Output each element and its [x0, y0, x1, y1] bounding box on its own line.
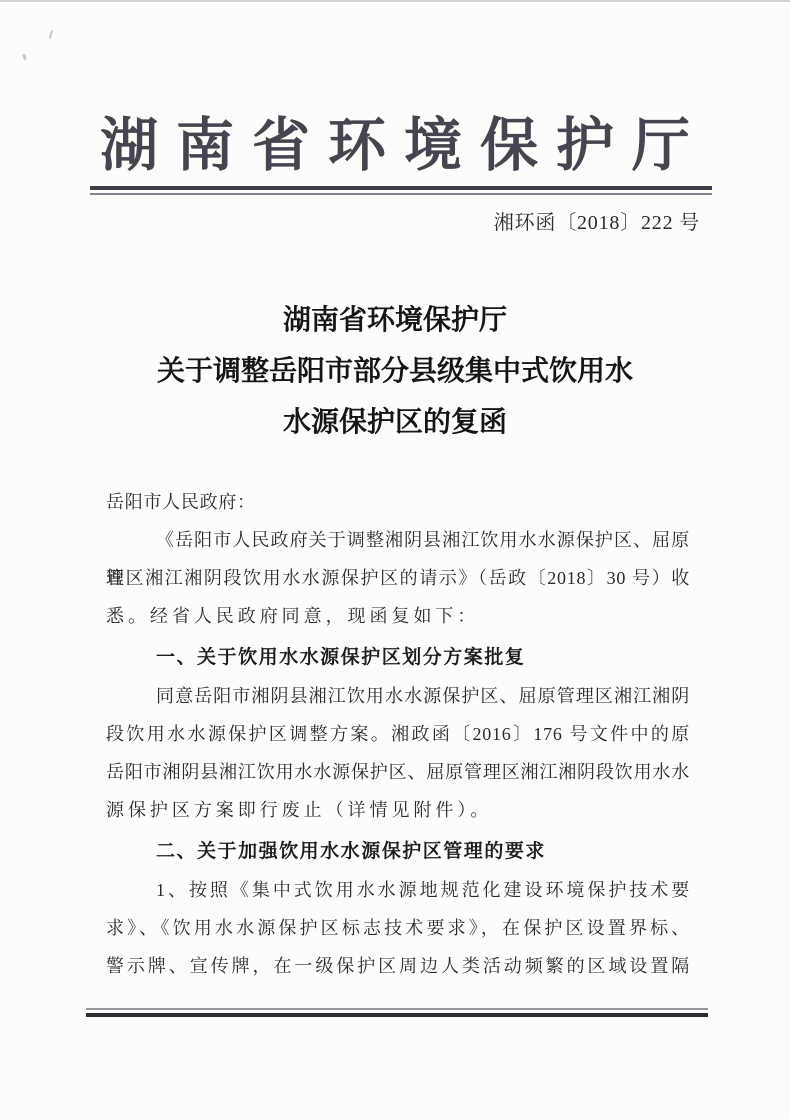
document-body: 岳阳市人民政府： 《岳阳市人民政府关于调整湘阴县湘江饮用水水源保护区、屈原管 理… [106, 483, 690, 985]
body-line: 源保护区方案即行废止（详情见附件）。 [106, 791, 690, 829]
scan-top-edge [0, 0, 790, 2]
body-line: 岳阳市湘阴县湘江饮用水水源保护区、屈原管理区湘江湘阴段饮用水水 [106, 753, 690, 791]
section-heading-1: 一、关于饮用水水源保护区划分方案批复 [106, 639, 690, 677]
document-number: 湘环函〔2018〕222 号 [494, 210, 700, 236]
title-line-1: 湖南省环境保护厅 [0, 295, 790, 346]
body-line: 同意岳阳市湘阴县湘江饮用水水源保护区、屈原管理区湘江湘阴 [106, 677, 690, 715]
body-line: 求》、《饮用水水源保护区标志技术要求》，在保护区设置界标、 [106, 909, 690, 947]
section-heading-2: 二、关于加强饮用水水源保护区管理的要求 [106, 833, 690, 871]
body-line: 理区湘江湘阴段饮用水水源保护区的请示》（岳政〔2018〕30 号）收 [106, 559, 690, 597]
salutation-line: 岳阳市人民政府： [106, 483, 690, 521]
body-line: 段饮用水水源保护区调整方案。湘政函〔2016〕176 号文件中的原 [106, 715, 690, 753]
body-line: 1、按照《集中式饮用水水源地规范化建设环境保护技术要 [106, 871, 690, 909]
title-line-2: 关于调整岳阳市部分县级集中式饮用水 [0, 346, 790, 397]
body-line: 《岳阳市人民政府关于调整湘阴县湘江饮用水水源保护区、屈原管 [106, 521, 690, 559]
letterhead-rule-thin [90, 193, 712, 195]
scan-speck [49, 30, 53, 39]
body-line: 悉。经省人民政府同意，现函复如下： [106, 597, 690, 635]
footer-rule-thin [86, 1008, 708, 1010]
footer-rule-thick [86, 1013, 708, 1017]
body-line: 警示牌、宣传牌，在一级保护区周边人类活动频繁的区域设置隔 [106, 947, 690, 985]
agency-letterhead-name: 湖南省环境保护厅 [0, 115, 790, 177]
letterhead-rule-thick [90, 186, 712, 190]
scan-speck [22, 54, 27, 61]
scanned-letter-page: 湖南省环境保护厅 湘环函〔2018〕222 号 湖南省环境保护厅 关于调整岳阳市… [0, 0, 790, 1119]
document-title: 湖南省环境保护厅 关于调整岳阳市部分县级集中式饮用水 水源保护区的复函 [0, 295, 790, 448]
title-line-3: 水源保护区的复函 [0, 397, 790, 448]
